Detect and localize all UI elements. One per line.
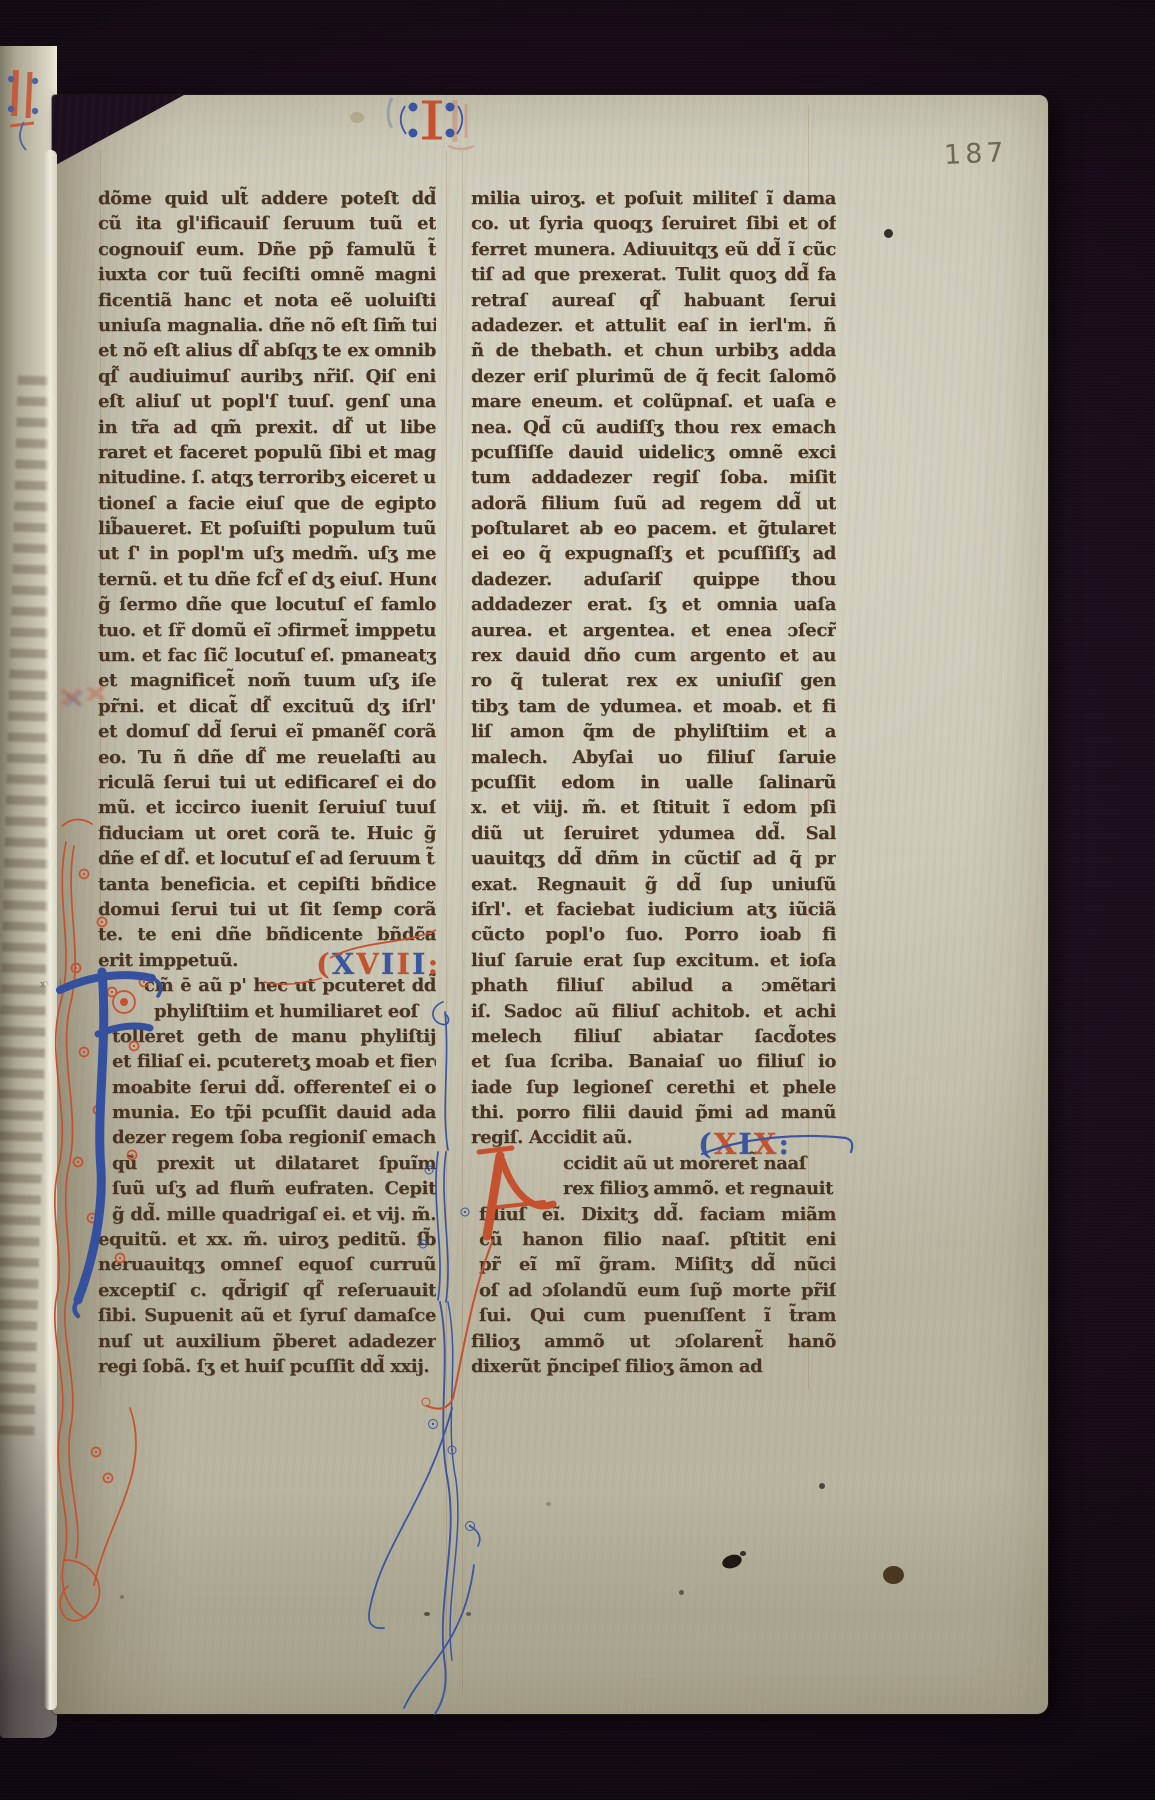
- chapter-number-xix: (XIX:: [698, 1127, 791, 1161]
- text-line: pcuſſiſſe dauid uidelicʒ omnẽ exci: [471, 440, 836, 465]
- text-line: uauitqʒ dd̃ dñm in cũctiſ ad q̃ pr: [471, 846, 836, 871]
- text-line: tiſ ad que prexerat. Tulit quoʒ dd̃ fa: [471, 262, 836, 287]
- text-line: dixerũt p̃ncipeſ filioʒ ãmon ad: [471, 1354, 836, 1379]
- ink-speck: [120, 1595, 124, 1599]
- text-line: cũ ita gl'ificauiſ ſeruum tuũ et: [98, 211, 436, 236]
- text-line: ſibi. Supuenit aũ et ſyruſ damaſce: [98, 1303, 436, 1328]
- text-line: tum addadezer regiſ ſoba. miſit: [471, 465, 836, 490]
- text-line: dadezer. aduſariſ quippe thou: [471, 567, 836, 592]
- text-line: cm̃ ē aũ p' hec ut pcuteret dd̃: [98, 973, 436, 998]
- text-line: melech filiuſ abiatar ſacd̃otes: [471, 1024, 836, 1049]
- text-line: nea. Qd̃ cũ audiſſʒ thou rex emach: [471, 415, 836, 440]
- text-line: exceptiſ c. qd̃rigiſ qſ̃ reſeruauit: [98, 1278, 436, 1303]
- chapter-number-letter: X: [332, 947, 357, 981]
- folio-number: 187: [943, 136, 1034, 171]
- text-line: mare eneum. et colũpnaſ. et uaſa e: [471, 389, 836, 414]
- page-corner-gap: [52, 95, 184, 167]
- text-line: filiuſ eĩ. Dixitʒ dd̃. faciam miãm: [471, 1202, 836, 1227]
- text-line: et filiaſ ei. pcuteretʒ moab et fieret: [98, 1049, 436, 1074]
- text-line: et ſua ſcriba. Banaiaſ uo filiuſ io: [471, 1049, 836, 1074]
- text-line: tioneſ a facie eiuſ que de egipto: [98, 491, 436, 516]
- text-line: lib̃aueret. Et poſuiſti populum tuũ: [98, 516, 436, 541]
- text-line: ut ſ' in popl'm uſʒ medm̃. uſʒ me: [98, 541, 436, 566]
- text-line: equitũ. et xx. m̃. uiroʒ peditũ. ſb̃: [98, 1227, 436, 1252]
- text-line: liſ amon q̃m de phyliſtiim et a: [471, 719, 836, 744]
- text-line: ei eo q̃ expugnaſſʒ et pcuſſiſſʒ ad: [471, 541, 836, 566]
- text-line: iſrl'. et faciebat iudicium atʒ iũciã: [471, 897, 836, 922]
- text-line: iuxta cor tuũ feciſti omnẽ magni: [98, 262, 436, 287]
- text-line: nuſ ut auxilium p̃beret adadezer: [98, 1329, 436, 1354]
- text-line: filioʒ ammõ ut ɔſolarent̃ hanõ: [471, 1329, 836, 1354]
- ink-speck: [883, 1566, 904, 1584]
- chapter-number-letter: I: [381, 947, 397, 981]
- ruling-line: [446, 150, 447, 1695]
- text-line: ſuũ uſʒ ad flum̃ eufraten. Cepit: [98, 1176, 436, 1201]
- text-line: ccidit aũ ut moreret̃ naaſ: [471, 1151, 836, 1176]
- text-line: nitudine. ſ. atqʒ terroribʒ eiceret ua: [98, 465, 436, 490]
- text-line: addadezer erat. ſʒ et omnia uaſa: [471, 592, 836, 617]
- ink-speck: [819, 1483, 825, 1489]
- ink-speck: [740, 1551, 746, 1556]
- text-line: pcuſſit edom in ualle ſalinarũ: [471, 770, 836, 795]
- text-line: ficentiã hanc et nota eẽ uoluiſti: [98, 288, 436, 313]
- text-line: dõme quid ult̃ addere poteſt dd̃: [98, 186, 436, 211]
- text-line: moabite ſerui dd̃. offerenteſ ei o: [98, 1075, 436, 1100]
- text-line: et nõ eſt alius dſ̃ abſqʒ te ex omnib: [98, 338, 436, 363]
- text-line: ñ de thebath. et chun urbibʒ adda: [471, 338, 836, 363]
- text-line: ro q̃ tulerat rex ex uniuſiſ gen: [471, 668, 836, 693]
- text-line: fiduciam ut oret corã te. Huic g̃: [98, 821, 436, 846]
- manuscript-photo: 187 xviij dõme quid ult̃ addere poteſt d…: [0, 0, 1155, 1800]
- text-line: exat. Regnauit g̃ dd̃ ſup uniuſũ: [471, 872, 836, 897]
- text-line: erit imppetuũ.: [98, 948, 436, 973]
- text-column-right: milia uiroʒ. et poſuit militeſ ĩ damaco.…: [471, 186, 836, 1379]
- text-line: iade ſup legioneſ cerethi et phele: [471, 1075, 836, 1100]
- text-line: g̃ dd̃. mille quadrigaſ ei. et vij. m̃.: [98, 1202, 436, 1227]
- text-line: liuſ ſaruie erat ſup excitum. et ioſa: [471, 948, 836, 973]
- text-line: tolleret geth de manu phyliſtij: [98, 1024, 436, 1049]
- manuscript-page: 187 xviij dõme quid ult̃ addere poteſt d…: [52, 95, 1048, 1714]
- text-line: qũ prexit ut dilataret ſpuĩm: [98, 1151, 436, 1176]
- text-line: milia uiroʒ. et poſuit militeſ ĩ dama: [471, 186, 836, 211]
- ink-speck: [466, 1612, 471, 1616]
- ruling-line: [100, 150, 101, 1390]
- ink-speck: [350, 112, 364, 123]
- text-line: diũ ut ſeruiret ydumea dd̃. Sal: [471, 821, 836, 846]
- chapter-number-letter: I: [396, 947, 412, 981]
- text-line: tibʒ tam de ydumea. et moab. et fi: [471, 694, 836, 719]
- text-line: munia. Eo tp̃i pcuſſit dauid ada: [98, 1100, 436, 1125]
- chapter-number-letter: (: [316, 947, 332, 981]
- chapter-number-letter: :: [778, 1127, 791, 1161]
- text-line: rex filioʒ ammõ. et regnauit: [471, 1176, 836, 1201]
- text-line: cognouiſ eum. Dñe pp̃ famulũ t̃: [98, 237, 436, 262]
- chapter-number-letter: I: [412, 947, 428, 981]
- ink-speck: [679, 1590, 684, 1595]
- text-line: cũcto popl'o ſuo. Porro ioab fi: [471, 922, 836, 947]
- text-line: domui ſerui tui ut ſit ſemp corã: [98, 897, 436, 922]
- text-line: et domuſ dd̃ ſerui eĩ pmanẽſ corã: [98, 719, 436, 744]
- chapter-number-letter: X: [754, 1127, 779, 1161]
- chapter-number-letter: (: [698, 1127, 714, 1161]
- text-line: ſui. Qui cum puenıſſent ĩ t̃ram: [471, 1303, 836, 1328]
- text-line: malech. Abyſai uo filiuſ ſaruie: [471, 745, 836, 770]
- text-line: x. et viij. m̃. et ſtituit ĩ edom pſi: [471, 795, 836, 820]
- chapter-number-letter: :: [428, 947, 441, 981]
- text-line: neruauitqʒ omneſ equoſ curruũ: [98, 1252, 436, 1277]
- text-line: tuo. et ſr̃ domũ eĩ ɔfirmet̃ imppetu: [98, 618, 436, 643]
- text-line: in tr̃a ad qm̃ prexit. dſ̃ ut libe: [98, 415, 436, 440]
- text-line: riculã ſerui tui ut edificareſ ei do: [98, 770, 436, 795]
- text-line: dñe eſ dſ̃. et locutuſ eſ ad ſeruum t̃.: [98, 846, 436, 871]
- text-line: tanta beneficia. et cepiſti bñdice: [98, 872, 436, 897]
- text-line: eſt aliuſ ut popl'ſ tuuſ. genſ una: [98, 389, 436, 414]
- text-line: uniuſa magnalia. dñe nõ eſt ſim̃ tui: [98, 313, 436, 338]
- chapter-number-letter: I: [738, 1127, 754, 1161]
- ink-speck: [546, 1502, 551, 1506]
- text-line: phath filiuſ abilud a ɔmẽtari: [471, 973, 836, 998]
- page-fold-highlight: [44, 150, 57, 1710]
- text-line: raret et faceret populũ ſibi et mag: [98, 440, 436, 465]
- ink-speck: [884, 229, 893, 238]
- text-line: oſ ad ɔſolandũ eum ſup̃ morte pr̃iſ: [471, 1278, 836, 1303]
- text-line: qſ̃ audiuimuſ auribʒ nr̃iſ. Qiſ eni: [98, 364, 436, 389]
- text-line: dezer regem ſoba regioniſ emach: [98, 1125, 436, 1150]
- text-line: co. ut ſyria quoqʒ ſeruiret ſibi et of: [471, 211, 836, 236]
- text-line: eo. Tu ñ dñe dſ̃ me reuelaſti au: [98, 745, 436, 770]
- text-line: te. te eni dñe bñdicente bñdc̃a: [98, 922, 436, 947]
- text-line: regi ſobã. ſʒ et huiſ pcuſſit dd̃ xxij.: [98, 1354, 436, 1379]
- text-line: um. et fac ſic̃ locutuſ eſ. pmaneatʒ: [98, 643, 436, 668]
- text-line: pr̃ni. et dicat̃ dſ̃ excituũ dʒ iſrl': [98, 694, 436, 719]
- chapter-number-letter: V: [356, 947, 381, 981]
- text-line: regiſ. Accidit aũ.: [471, 1125, 836, 1150]
- text-line: ferret munera. Adiuuitqʒ eũ dd̃ ĩ cũc: [471, 237, 836, 262]
- text-line: et magnificet̃ nom̃ tuum uſʒ iſe: [98, 668, 436, 693]
- chapter-number-xviii: (XVIII:: [316, 947, 440, 981]
- text-line: adadezer. et attulit eaſ in ierl'm. ñ: [471, 313, 836, 338]
- text-line: poſtularet ab eo pacem. et g̃tularet: [471, 516, 836, 541]
- text-line: ternũ. et tu dñe fcſ̃ eſ dʒ eiuſ. Hunc: [98, 567, 436, 592]
- text-line: thi. porro filii dauid p̃mi ad manũ: [471, 1100, 836, 1125]
- text-line: cũ hanon filio naaſ. pſtitit eni: [471, 1227, 836, 1252]
- ruling-line: [462, 150, 463, 1695]
- text-line: phyliſtiim et humiliaret eoſ: [98, 999, 436, 1024]
- chapter-number-letter: X: [714, 1127, 739, 1161]
- text-line: g̃ ſermo dñe que locutuſ eſ famlo: [98, 592, 436, 617]
- text-line: adorã filium ſuũ ad regem dd̃ ut: [471, 491, 836, 516]
- text-line: retraſ aureaſ qſ̃ habuant ſerui: [471, 288, 836, 313]
- text-line: iſ. Sadoc aũ filiuſ achitob. et achi: [471, 999, 836, 1024]
- ink-speck: [424, 1612, 430, 1616]
- text-line: dezer eriſ plurimũ de q̃ fecit ſalomõ: [471, 364, 836, 389]
- text-line: rex dauid dño cum argento et au: [471, 643, 836, 668]
- text-line: aurea. et argentea. et enea ɔſecr̃: [471, 618, 836, 643]
- ruling-line: [808, 105, 809, 1390]
- text-line: mũ. et iccirco iuenit ſeruiuſ tuuſ: [98, 795, 436, 820]
- text-column-left: dõme quid ult̃ addere poteſt dd̃cũ ita g…: [98, 186, 436, 1379]
- text-line: pr̃ eĩ mĩ g̃ram. Miſitʒ dd̃ nũci: [471, 1252, 836, 1277]
